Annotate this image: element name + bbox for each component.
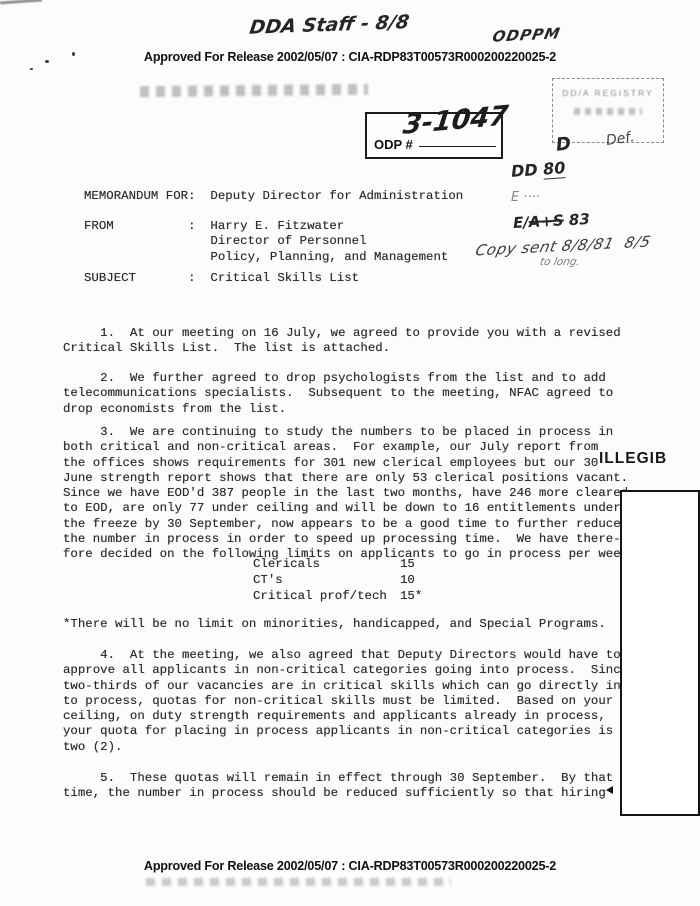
- quota-value: 15: [400, 557, 415, 571]
- approval-footer-line: Approved For Release 2002/05/07 : CIA-RD…: [0, 859, 700, 873]
- quota-category: CT's: [253, 573, 400, 589]
- memo-paragraph-line: Critical Skills List. The list is attach…: [63, 341, 673, 356]
- handwritten-odppm-note: ODPPM: [491, 24, 562, 45]
- handwritten-routing-note: DDA Staff - 8/8: [248, 11, 411, 39]
- memo-paragraph-line: 1. At our meeting on 16 July, we agreed …: [63, 326, 673, 341]
- memo-paragraph-2: 2. We further agreed to drop psychologis…: [63, 371, 673, 417]
- memo-paragraph-line: two (2).: [63, 740, 673, 755]
- memo-paragraph-line: to process, quotas for non-critical skil…: [63, 694, 673, 709]
- memo-paragraph-line: approve all applicants in non-critical c…: [63, 663, 673, 678]
- memo-paragraph-line: 2. We further agreed to drop psychologis…: [63, 371, 673, 386]
- quota-footnote: *There will be no limit on minorities, h…: [63, 617, 606, 631]
- memo-paragraph-3: 3. We are continuing to study the number…: [63, 425, 673, 563]
- quota-category: Clericals: [253, 557, 400, 573]
- memo-paragraph-line: the freeze by 30 September, now appears …: [63, 517, 673, 532]
- from-line: FROM : Harry E. Fitzwater: [84, 219, 448, 234]
- memo-paragraph-line: 4. At the meeting, we also agreed that D…: [63, 648, 673, 663]
- redaction-box: [620, 490, 700, 816]
- odp-handwritten-number: 3-1047: [401, 100, 510, 141]
- quota-table: Clericals15CT's10Critical prof/tech15*: [253, 557, 422, 605]
- registry-stamp-text: DD/A REGISTRY: [557, 88, 659, 98]
- scan-speck: [45, 60, 49, 63]
- handwritten-d-note: D: [555, 133, 572, 155]
- scan-speck: [160, 63, 163, 65]
- handwritten-eas-note: E/A+S 83: [513, 210, 591, 232]
- document-page: DDA Staff - 8/8 ODPPM Approved For Relea…: [0, 0, 700, 906]
- memo-paragraph-line: 3. We are continuing to study the number…: [63, 425, 673, 440]
- from-line: Policy, Planning, and Management: [84, 250, 448, 265]
- quota-table-row: Critical prof/tech15*: [253, 589, 422, 605]
- memo-paragraph-line: telecommunications specialists. Subseque…: [63, 386, 673, 401]
- handwritten-copy-sent-note-2: to long.: [539, 256, 581, 268]
- scan-artifact-dash: [0, 0, 42, 4]
- quota-table-row: CT's10: [253, 573, 422, 589]
- memo-paragraph-line: both critical and non-critical areas. Fo…: [63, 440, 673, 455]
- memo-paragraph-line: Since we have EOD'd 387 people in the la…: [63, 486, 673, 501]
- scan-speck: [30, 68, 33, 70]
- memo-paragraph-5: 5. These quotas will remain in effect th…: [63, 771, 673, 802]
- quota-value: 10: [400, 573, 415, 587]
- memo-paragraph-line: your quota for placing in process applic…: [63, 724, 673, 739]
- dd80-number: 80: [542, 158, 566, 180]
- illegib-marker: ILLEGIB: [599, 450, 667, 468]
- odp-number-stamp: ODP # 3-1047: [365, 112, 503, 159]
- memo-paragraph-line: the offices shows requirements for 301 n…: [63, 456, 673, 471]
- memo-paragraph-line: drop economists from the list.: [63, 402, 673, 417]
- dd80-prefix: DD: [510, 160, 543, 181]
- quota-category: Critical prof/tech: [253, 589, 400, 605]
- memo-paragraph-line: two-thirds of our vacancies are in criti…: [63, 679, 673, 694]
- memo-paragraph-line: 5. These quotas will remain in effect th…: [63, 771, 673, 786]
- eas-suffix: 83: [563, 210, 590, 229]
- eas-prefix: E/: [513, 213, 530, 232]
- eas-struck-text: A+S: [528, 211, 564, 231]
- memo-paragraph-line: June strength report shows that there ar…: [63, 471, 673, 486]
- memorandum-for-line: MEMORANDUM FOR: Deputy Director for Admi…: [84, 189, 463, 204]
- handwritten-def-note: Def.: [605, 129, 635, 149]
- memo-paragraph-line: ceiling, on duty strength requirements a…: [63, 709, 673, 724]
- memo-paragraph-4: 4. At the meeting, we also agreed that D…: [63, 648, 673, 755]
- scan-speck: [72, 52, 75, 56]
- odp-stamp-blank-line: [419, 146, 496, 147]
- handwritten-dd80-note: DD 80: [510, 158, 566, 181]
- memo-paragraph-1: 1. At our meeting on 16 July, we agreed …: [63, 326, 673, 357]
- approval-header-line: Approved For Release 2002/05/07 : CIA-RD…: [0, 50, 700, 64]
- subject-line: SUBJECT : Critical Skills List: [84, 271, 359, 286]
- from-line: Director of Personnel: [84, 234, 448, 249]
- quota-table-row: Clericals15: [253, 557, 422, 573]
- memo-paragraph-line: to EOD, are only 77 under ceiling and wi…: [63, 501, 673, 516]
- faded-stamp-smudge: [140, 84, 368, 97]
- faded-footer-smudge: [146, 878, 451, 886]
- from-block: FROM : Harry E. Fitzwater Director of Pe…: [84, 219, 448, 265]
- memo-paragraph-line: time, the number in process should be re…: [63, 786, 673, 801]
- handwritten-e-note: E ····: [511, 190, 540, 205]
- left-arrow-mark: [606, 786, 613, 794]
- registry-stamp-smudge: [574, 108, 642, 115]
- memo-paragraph-line: the number in process in order to speed …: [63, 532, 673, 547]
- quota-value: 15*: [400, 589, 422, 603]
